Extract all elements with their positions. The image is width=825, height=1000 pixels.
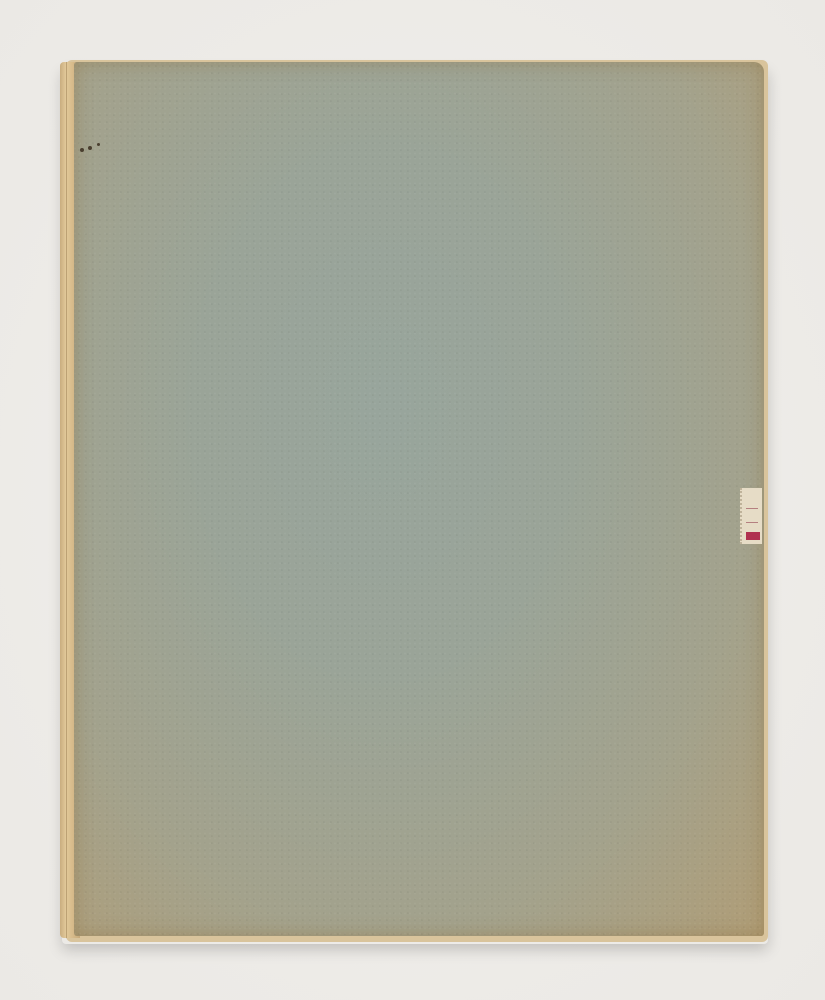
notebook-cover [74, 62, 764, 936]
paper-tab-line [746, 508, 758, 509]
ink-spot [80, 148, 84, 152]
paper-tab-red-mark [746, 532, 760, 540]
ink-spot [97, 143, 100, 146]
photo-background: Photograph of a plain blue-grey paper no… [0, 0, 825, 1000]
ink-spot [88, 146, 92, 150]
paper-tab-line [746, 522, 758, 523]
paper-grain-texture [74, 62, 764, 936]
